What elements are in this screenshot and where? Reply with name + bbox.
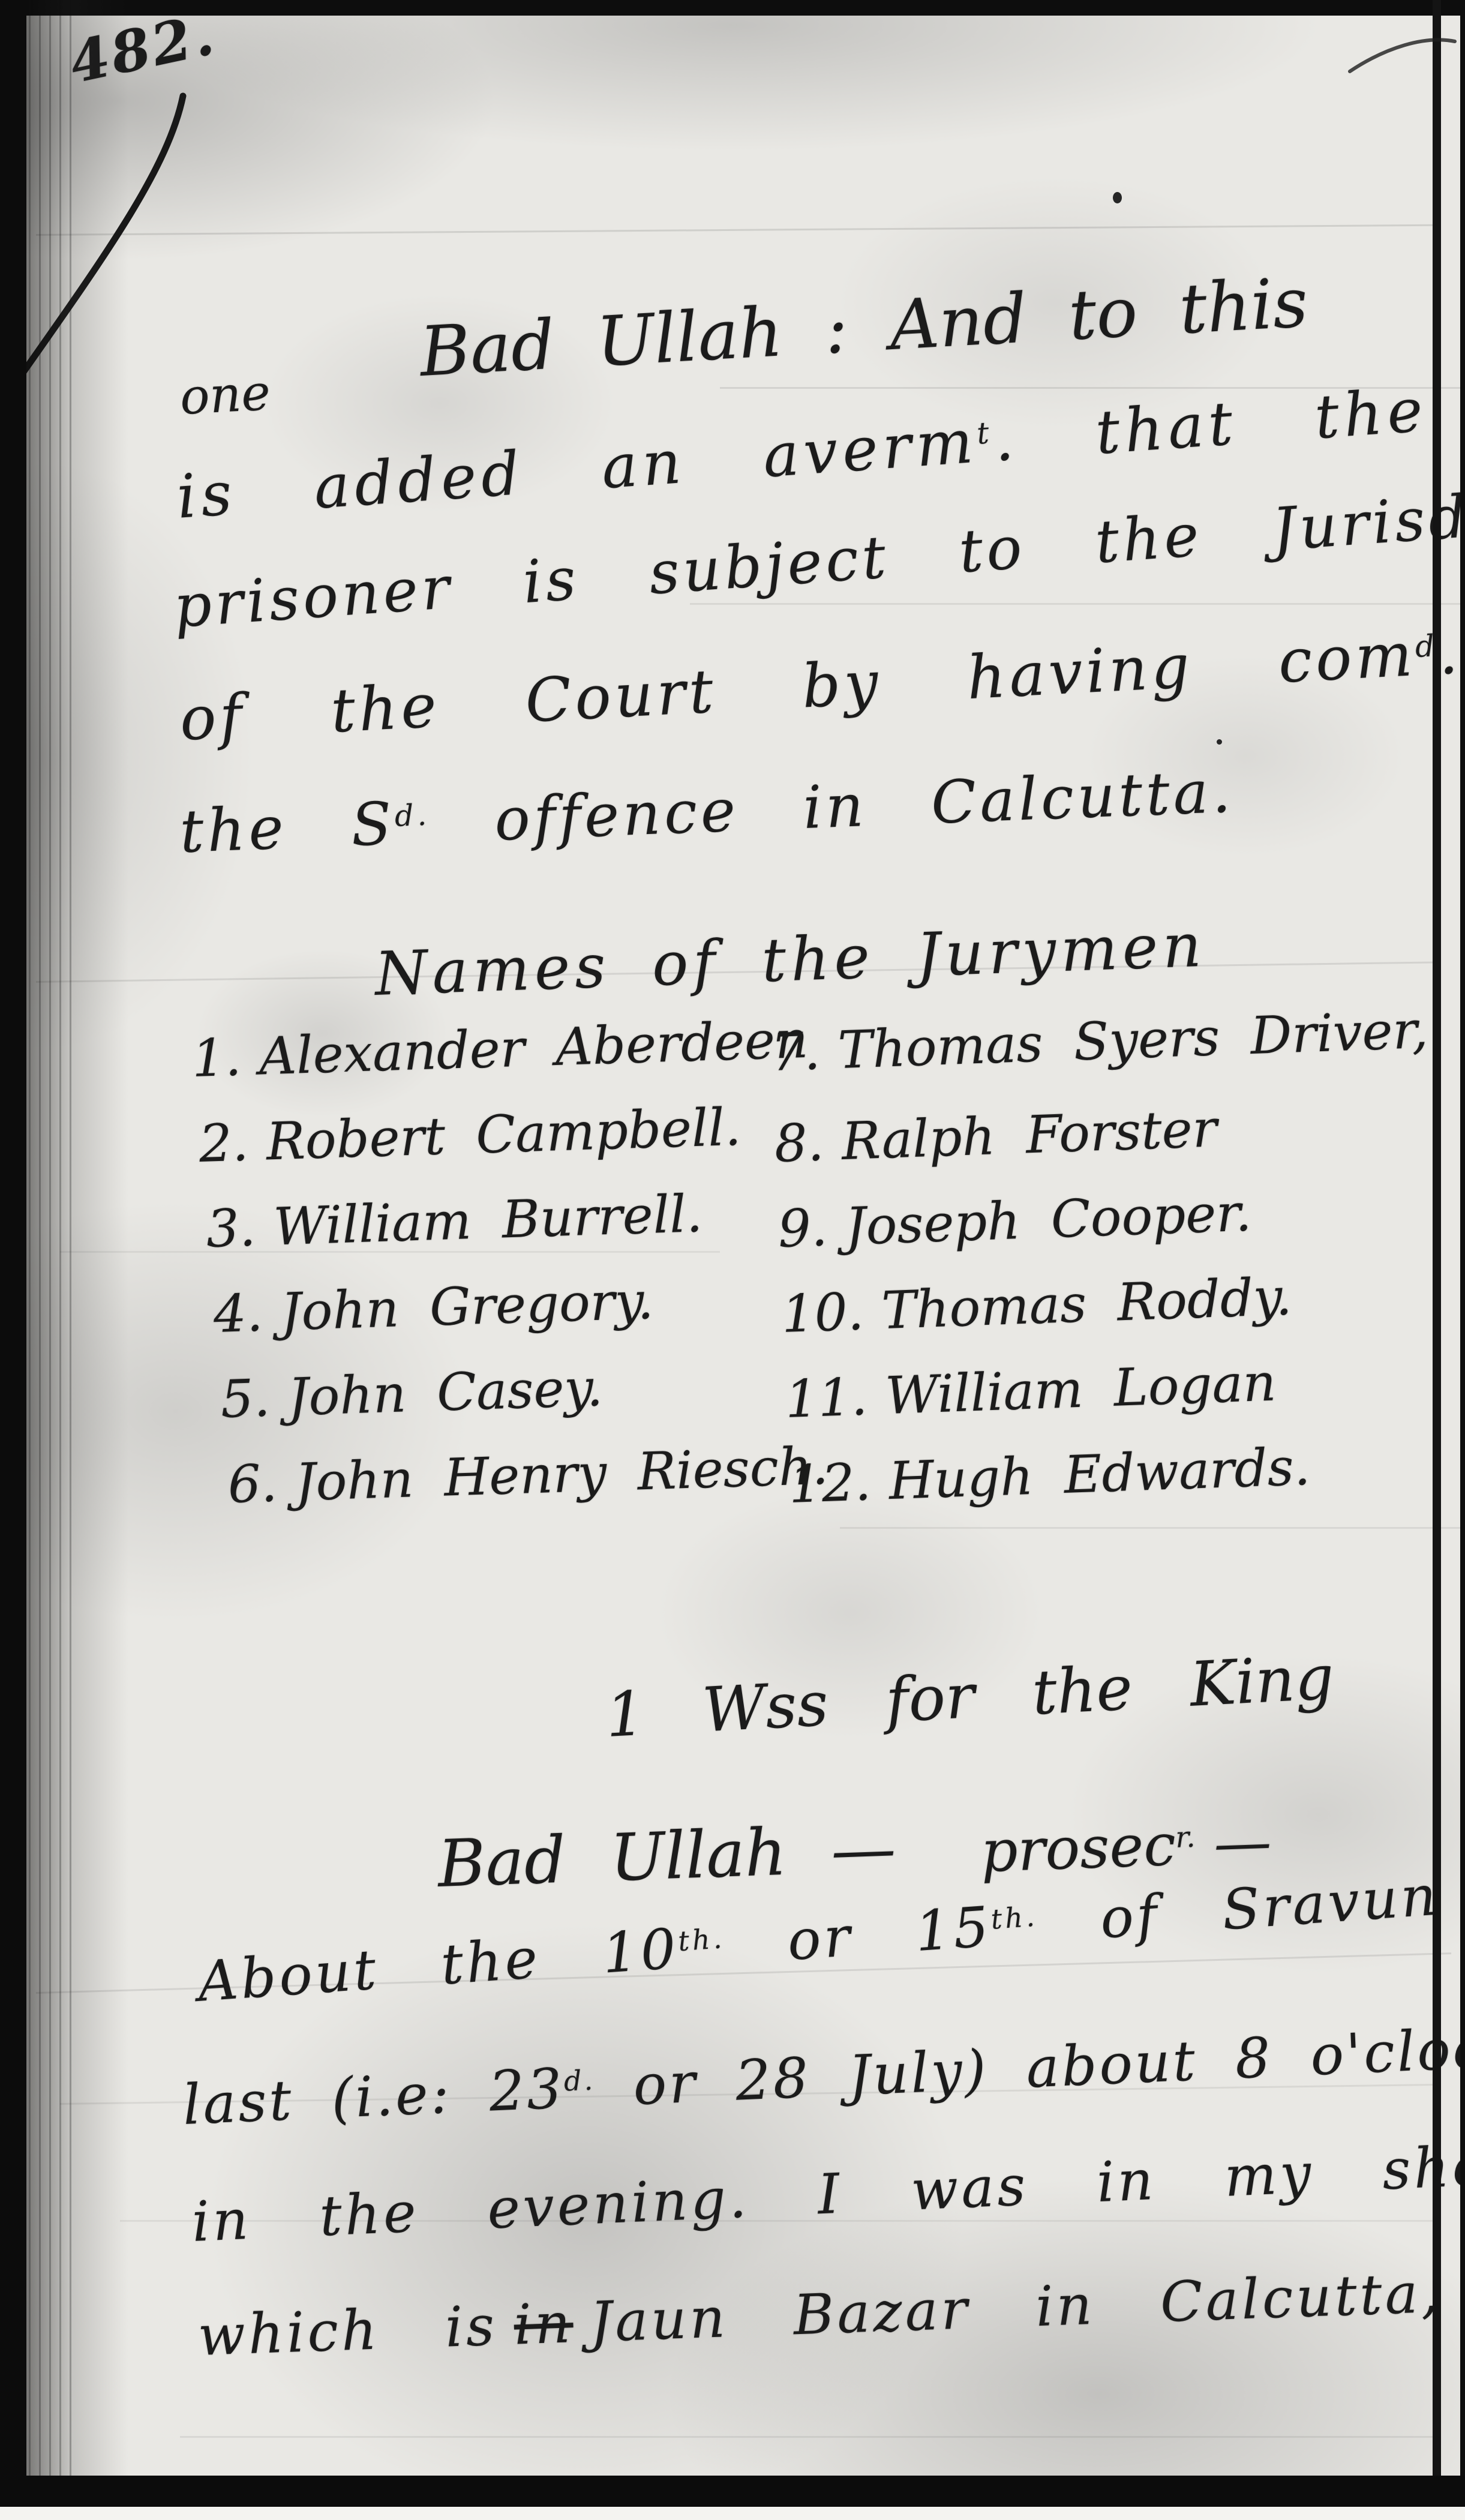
jury-number: 11. [784,1367,868,1430]
spine-streaks [29,0,74,2520]
opening-word-one: one [179,364,272,426]
jury-number: 12. [788,1452,872,1515]
right-edge-line [1433,0,1441,2520]
right-corner-sliver [1460,0,1465,2520]
prosecutor-role: prosecr. — [980,1808,1272,1885]
top-edge-bar [0,0,1465,16]
jury-number: 9. [777,1198,828,1259]
superscript: d. [394,798,431,833]
jury-number: 8. [773,1112,825,1174]
ink-speck [1113,192,1122,203]
left-edge-bar [0,0,26,2520]
jury-number: 6. [227,1453,278,1515]
superscript: th. [990,1900,1038,1936]
jury-number: 3. [205,1198,256,1259]
text-segment: which is [197,2294,499,2368]
text-segment: prosec [980,1811,1177,1885]
struck-word: in [513,2291,574,2357]
ruled-line [180,2436,1440,2438]
jury-number: 10. [780,1282,864,1345]
jury-number: 5. [220,1368,271,1430]
bottom-edge-bar [0,2476,1465,2507]
jury-name: John Gregory. [280,1271,654,1342]
jury-number: 1. [191,1027,242,1089]
manuscript-page: 482. one Bad Ullah : And to this is adde… [0,0,1465,2520]
superscript: r. [1175,1820,1196,1855]
superscript: t [975,415,995,451]
corner-curl-mark [1344,14,1458,80]
jury-number: 4. [212,1283,263,1345]
jury-name: John Casey. [287,1358,604,1427]
ink-speck [1217,739,1222,745]
text-segment: — [1194,1808,1272,1877]
text-segment: the S [179,790,397,866]
ruled-line [840,1527,1464,1529]
prosecutor-name: Bad Ullah — [437,1811,897,1902]
jury-row-5: 5.John Casey. [220,1358,604,1430]
jury-number: 2. [198,1112,249,1174]
ruled-line [690,603,1464,605]
superscript: th. [677,1922,725,1957]
superscript: d. [563,2063,596,2097]
jury-number: 7. [770,1021,821,1083]
bottom-white-strip [0,2507,1465,2520]
